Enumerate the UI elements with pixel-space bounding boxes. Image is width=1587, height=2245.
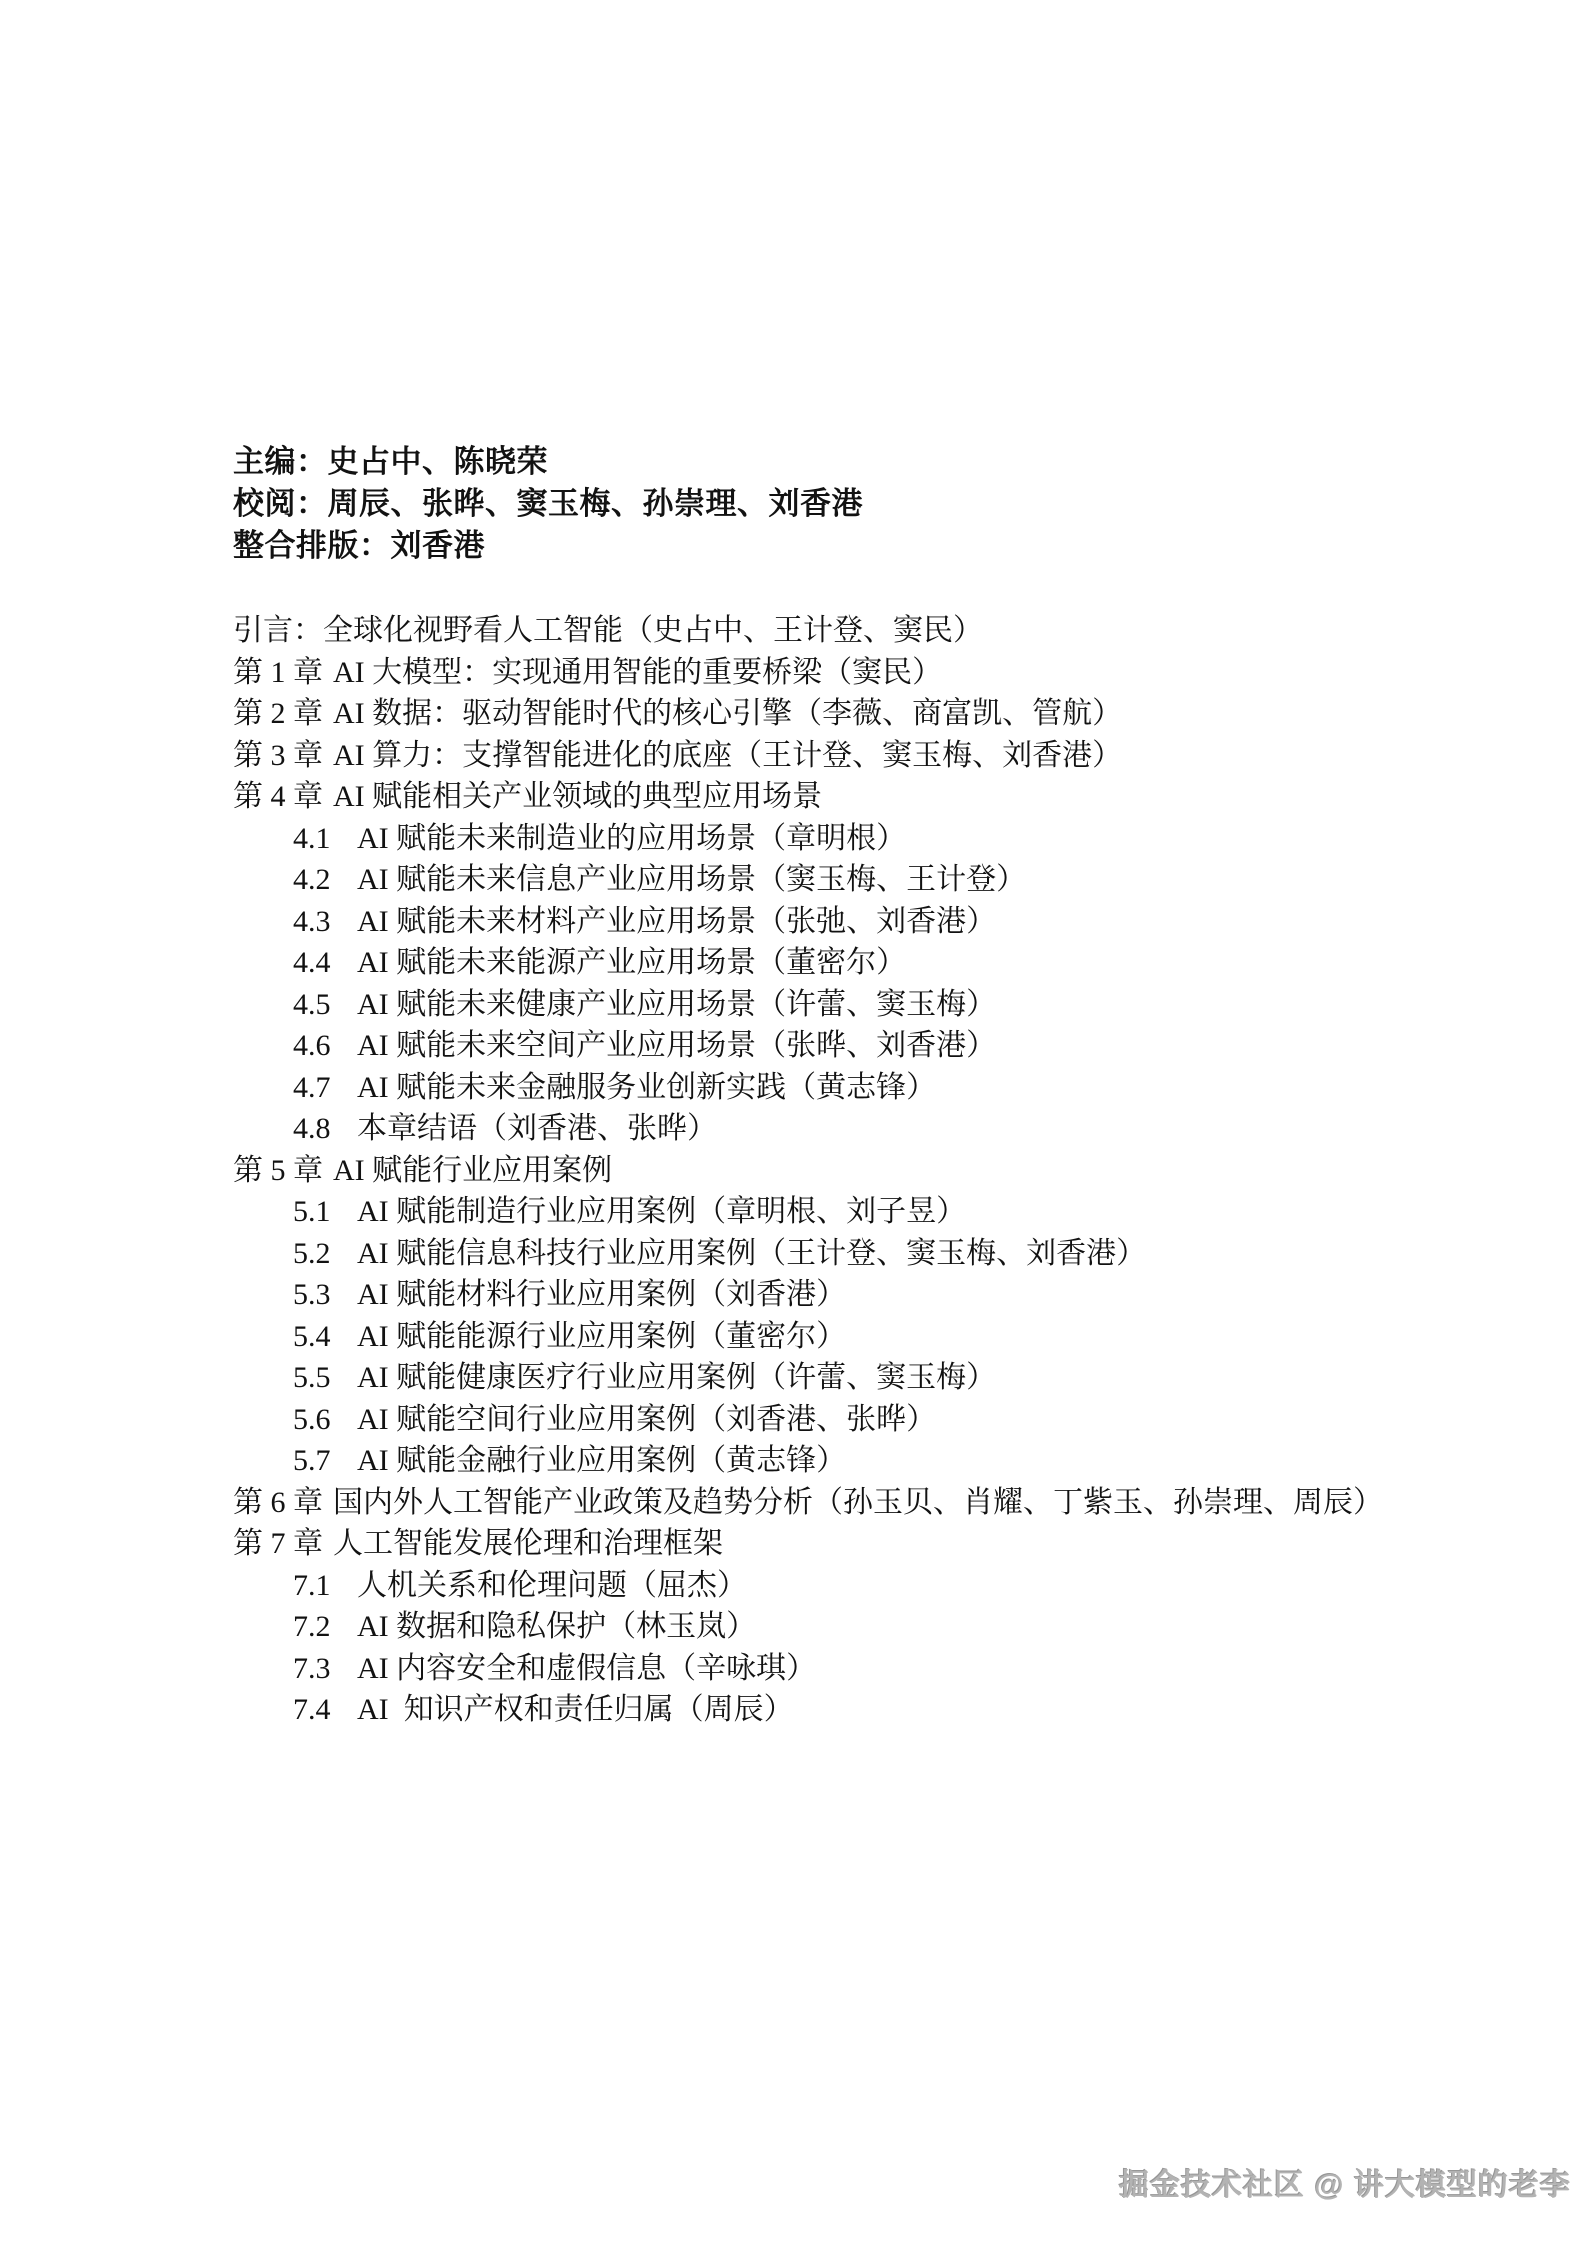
toc-item-number: 4.8	[293, 1108, 357, 1150]
toc-item-number: 第 6 章	[233, 1486, 323, 1519]
toc-section-line: 7.3AI 内容安全和虚假信息（辛咏琪）	[233, 1648, 1483, 1690]
toc-section-line: 4.6AI 赋能未来空间产业应用场景（张晔、刘香港）	[233, 1025, 1483, 1067]
toc-section-line: 5.4AI 赋能能源行业应用案例（董密尔）	[233, 1316, 1483, 1358]
toc-section-line: 4.1AI 赋能未来制造业的应用场景（章明根）	[233, 818, 1483, 860]
toc-section-line: 4.7AI 赋能未来金融服务业创新实践（黄志锋）	[233, 1067, 1483, 1109]
toc-section-line: 5.6AI 赋能空间行业应用案例（刘香港、张晔）	[233, 1399, 1483, 1441]
toc-chapter-line: 第 4 章AI 赋能相关产业领域的典型应用场景	[233, 776, 1483, 818]
toc-item-number: 7.1	[293, 1565, 357, 1607]
toc-section-line: 5.5AI 赋能健康医疗行业应用案例（许蕾、窦玉梅）	[233, 1357, 1483, 1399]
toc-item-text: AI 数据和隐私保护（林玉岚）	[357, 1610, 756, 1643]
document-page: 主编：史占中、陈晓荣校阅：周辰、张晔、窦玉梅、孙崇理、刘香港整合排版：刘香港 引…	[0, 0, 1587, 2245]
toc-item-text: AI 大模型：实现通用智能的重要桥梁（窦民）	[333, 656, 942, 689]
toc-item-text: AI 赋能空间行业应用案例（刘香港、张晔）	[357, 1403, 936, 1436]
toc-item-text: 国内外人工智能产业政策及趋势分析（孙玉贝、肖耀、丁紫玉、孙崇理、周辰）	[333, 1486, 1383, 1519]
toc-item-text: AI 赋能健康医疗行业应用案例（许蕾、窦玉梅）	[357, 1361, 996, 1394]
toc-item-text: 本章结语（刘香港、张晔）	[357, 1112, 717, 1145]
toc-section-line: 4.8本章结语（刘香港、张晔）	[233, 1108, 1483, 1150]
toc-item-number: 4.5	[293, 984, 357, 1026]
toc-item-text: AI 赋能材料行业应用案例（刘香港）	[357, 1278, 846, 1311]
toc-item-number: 7.3	[293, 1648, 357, 1690]
toc-item-text: 全球化视野看人工智能（史占中、王计登、窦民）	[323, 614, 983, 647]
toc-item-text: AI 赋能未来材料产业应用场景（张弛、刘香港）	[357, 905, 996, 938]
toc-item-text: 人机关系和伦理问题（屈杰）	[357, 1569, 747, 1602]
toc-item-text: AI 赋能未来信息产业应用场景（窦玉梅、王计登）	[357, 863, 1026, 896]
toc-item-text: AI 赋能行业应用案例	[333, 1154, 612, 1187]
toc-intro-line: 引言：全球化视野看人工智能（史占中、王计登、窦民）	[233, 610, 1483, 652]
toc-section-line: 5.1AI 赋能制造行业应用案例（章明根、刘子昱）	[233, 1191, 1483, 1233]
toc-item-number: 4.1	[293, 818, 357, 860]
toc-chapter-line: 第 1 章AI 大模型：实现通用智能的重要桥梁（窦民）	[233, 652, 1483, 694]
toc-item-number: 5.6	[293, 1399, 357, 1441]
toc-item-text: AI 赋能能源行业应用案例（董密尔）	[357, 1320, 846, 1353]
toc-item-number: 第 5 章	[233, 1154, 323, 1187]
credit-line: 校阅：周辰、张晔、窦玉梅、孙崇理、刘香港	[233, 483, 863, 525]
toc-section-line: 4.4AI 赋能未来能源产业应用场景（董密尔）	[233, 942, 1483, 984]
toc-item-text: 人工智能发展伦理和治理框架	[333, 1527, 723, 1560]
toc-item-text: AI 内容安全和虚假信息（辛咏琪）	[357, 1652, 816, 1685]
toc-item-number: 5.1	[293, 1191, 357, 1233]
toc-item-number: 7.2	[293, 1606, 357, 1648]
toc-item-number: 4.2	[293, 859, 357, 901]
toc-section-line: 7.4AI 知识产权和责任归属（周辰）	[233, 1689, 1483, 1731]
toc-item-number: 4.4	[293, 942, 357, 984]
toc-chapter-line: 第 6 章国内外人工智能产业政策及趋势分析（孙玉贝、肖耀、丁紫玉、孙崇理、周辰）	[233, 1482, 1483, 1524]
toc-section-line: 5.3AI 赋能材料行业应用案例（刘香港）	[233, 1274, 1483, 1316]
toc-section-line: 5.2AI 赋能信息科技行业应用案例（王计登、窦玉梅、刘香港）	[233, 1233, 1483, 1275]
toc-item-text: AI 赋能未来金融服务业创新实践（黄志锋）	[357, 1071, 936, 1104]
toc-chapter-line: 第 7 章人工智能发展伦理和治理框架	[233, 1523, 1483, 1565]
toc-section-line: 7.2AI 数据和隐私保护（林玉岚）	[233, 1606, 1483, 1648]
table-of-contents: 引言：全球化视野看人工智能（史占中、王计登、窦民）第 1 章AI 大模型：实现通…	[233, 610, 1483, 1731]
toc-item-text: AI 赋能相关产业领域的典型应用场景	[333, 780, 822, 813]
toc-item-text: AI 赋能制造行业应用案例（章明根、刘子昱）	[357, 1195, 966, 1228]
watermark: 掘金技术社区 @ 讲大模型的老李	[1119, 2160, 1571, 2204]
toc-section-line: 4.2AI 赋能未来信息产业应用场景（窦玉梅、王计登）	[233, 859, 1483, 901]
toc-item-text: AI 算力：支撑智能进化的底座（王计登、窦玉梅、刘香港）	[333, 739, 1122, 772]
toc-item-number: 第 2 章	[233, 697, 323, 730]
toc-item-number: 4.3	[293, 901, 357, 943]
credit-line: 整合排版：刘香港	[233, 525, 863, 567]
toc-item-number: 第 7 章	[233, 1527, 323, 1560]
toc-item-number: 4.6	[293, 1025, 357, 1067]
toc-item-number: 第 3 章	[233, 739, 323, 772]
toc-item-text: AI 赋能未来制造业的应用场景（章明根）	[357, 822, 906, 855]
toc-section-line: 4.5AI 赋能未来健康产业应用场景（许蕾、窦玉梅）	[233, 984, 1483, 1026]
toc-section-line: 7.1人机关系和伦理问题（屈杰）	[233, 1565, 1483, 1607]
toc-item-number: 5.3	[293, 1274, 357, 1316]
toc-chapter-line: 第 3 章AI 算力：支撑智能进化的底座（王计登、窦玉梅、刘香港）	[233, 735, 1483, 777]
toc-item-number: 5.5	[293, 1357, 357, 1399]
toc-item-text: AI 赋能未来能源产业应用场景（董密尔）	[357, 946, 906, 979]
toc-item-text: AI 赋能未来健康产业应用场景（许蕾、窦玉梅）	[357, 988, 996, 1021]
toc-item-number: 引言：	[233, 614, 323, 647]
toc-item-number: 第 4 章	[233, 780, 323, 813]
toc-item-number: 5.4	[293, 1316, 357, 1358]
toc-item-number: 第 1 章	[233, 656, 323, 689]
toc-chapter-line: 第 2 章AI 数据：驱动智能时代的核心引擎（李薇、商富凯、管航）	[233, 693, 1483, 735]
toc-item-text: AI 赋能未来空间产业应用场景（张晔、刘香港）	[357, 1029, 996, 1062]
credit-line: 主编：史占中、陈晓荣	[233, 441, 863, 483]
toc-section-line: 4.3AI 赋能未来材料产业应用场景（张弛、刘香港）	[233, 901, 1483, 943]
toc-item-text: AI 知识产权和责任归属（周辰）	[357, 1693, 794, 1726]
toc-item-text: AI 赋能金融行业应用案例（黄志锋）	[357, 1444, 846, 1477]
toc-item-text: AI 赋能信息科技行业应用案例（王计登、窦玉梅、刘香港）	[357, 1237, 1146, 1270]
toc-item-number: 5.7	[293, 1440, 357, 1482]
toc-item-number: 5.2	[293, 1233, 357, 1275]
toc-item-number: 4.7	[293, 1067, 357, 1109]
toc-item-number: 7.4	[293, 1689, 357, 1731]
toc-item-text: AI 数据：驱动智能时代的核心引擎（李薇、商富凯、管航）	[333, 697, 1122, 730]
toc-section-line: 5.7AI 赋能金融行业应用案例（黄志锋）	[233, 1440, 1483, 1482]
toc-chapter-line: 第 5 章AI 赋能行业应用案例	[233, 1150, 1483, 1192]
credits-block: 主编：史占中、陈晓荣校阅：周辰、张晔、窦玉梅、孙崇理、刘香港整合排版：刘香港	[233, 441, 863, 567]
